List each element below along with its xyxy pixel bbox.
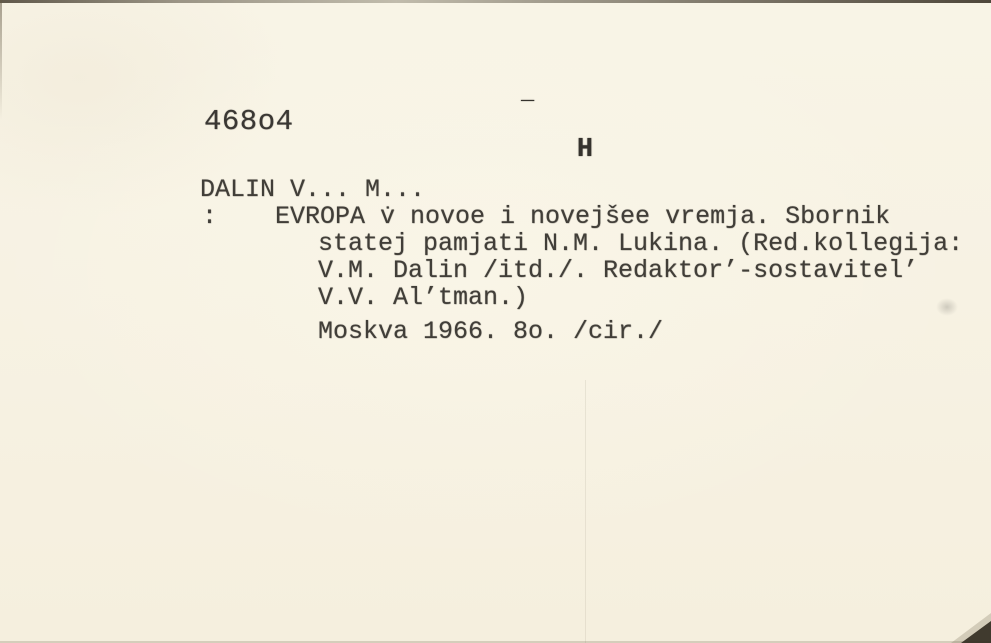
scan-smudge bbox=[936, 298, 958, 316]
card-top-edge-shadow bbox=[0, 0, 991, 3]
title-line: statej pamjati N.M. Lukina. (Red.kollegi… bbox=[318, 230, 963, 257]
title-line: EVROPA v̇ novoe i novejšee vremja. Sborn… bbox=[275, 203, 890, 230]
card-left-edge-shadow bbox=[0, 0, 2, 120]
catalog-card: 468o4 H ¯ DALIN V... M... : EVROPA v̇ no… bbox=[0, 0, 991, 643]
call-number: 468o4 bbox=[204, 108, 294, 135]
title-line: V.M. Dalin /itd./. Redaktor’-sostavitel’ bbox=[318, 257, 918, 284]
imprint-line: Moskva 1966. 8o. /cir./ bbox=[318, 318, 663, 345]
card-crease-line bbox=[585, 380, 586, 643]
card-corner-shadow bbox=[961, 621, 991, 643]
author-line: DALIN V... M... bbox=[200, 176, 425, 203]
title-line: V.V. Al’tman.) bbox=[318, 284, 528, 311]
heading-letter-glyph: H bbox=[577, 135, 593, 165]
heading-overstrike-mark: ¯ bbox=[521, 98, 532, 125]
title-colon: : bbox=[202, 203, 217, 230]
